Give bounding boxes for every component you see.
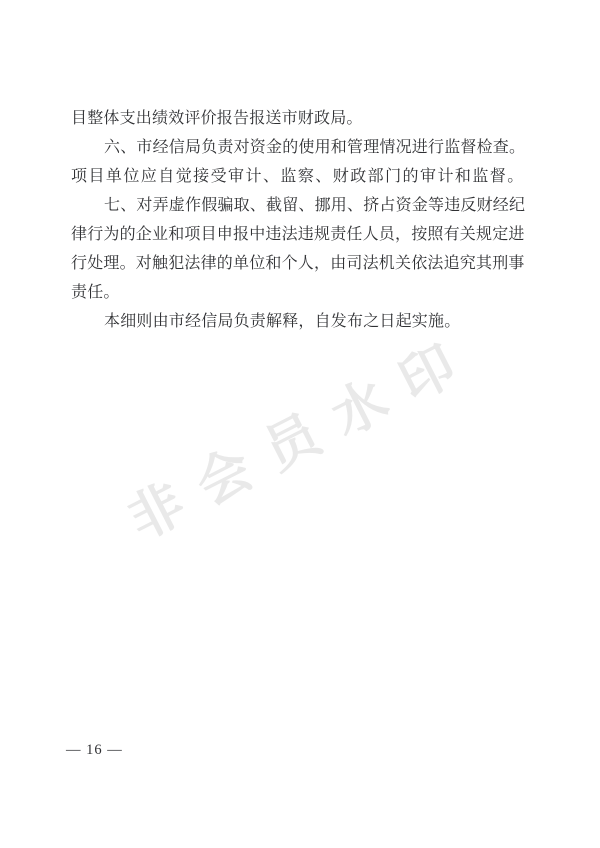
text-line: 责任。: [71, 278, 526, 307]
text-line: 六、市经信局负责对资金的使用和管理情况进行监督检查。: [71, 133, 526, 162]
text-line: 本细则由市经信局负责解释，自发布之日起实施。: [71, 307, 526, 336]
text-line: 目整体支出绩效评价报告报送市财政局。: [71, 104, 526, 133]
document-page: 非会员水印 目整体支出绩效评价报告报送市财政局。六、市经信局负责对资金的使用和管…: [0, 0, 600, 848]
page-number: — 16 —: [66, 742, 123, 759]
document-body: 目整体支出绩效评价报告报送市财政局。六、市经信局负责对资金的使用和管理情况进行监…: [71, 104, 526, 336]
text-line: 七、对弄虚作假骗取、截留、挪用、挤占资金等违反财经纪: [71, 191, 526, 220]
watermark-text: 非会员水印: [113, 313, 487, 554]
text-line: 行处理。对触犯法律的单位和个人，由司法机关依法追究其刑事: [71, 249, 526, 278]
text-line: 律行为的企业和项目申报中违法违规责任人员，按照有关规定进: [71, 220, 526, 249]
text-line: 项目单位应自觉接受审计、监察、财政部门的审计和监督。: [71, 162, 526, 191]
